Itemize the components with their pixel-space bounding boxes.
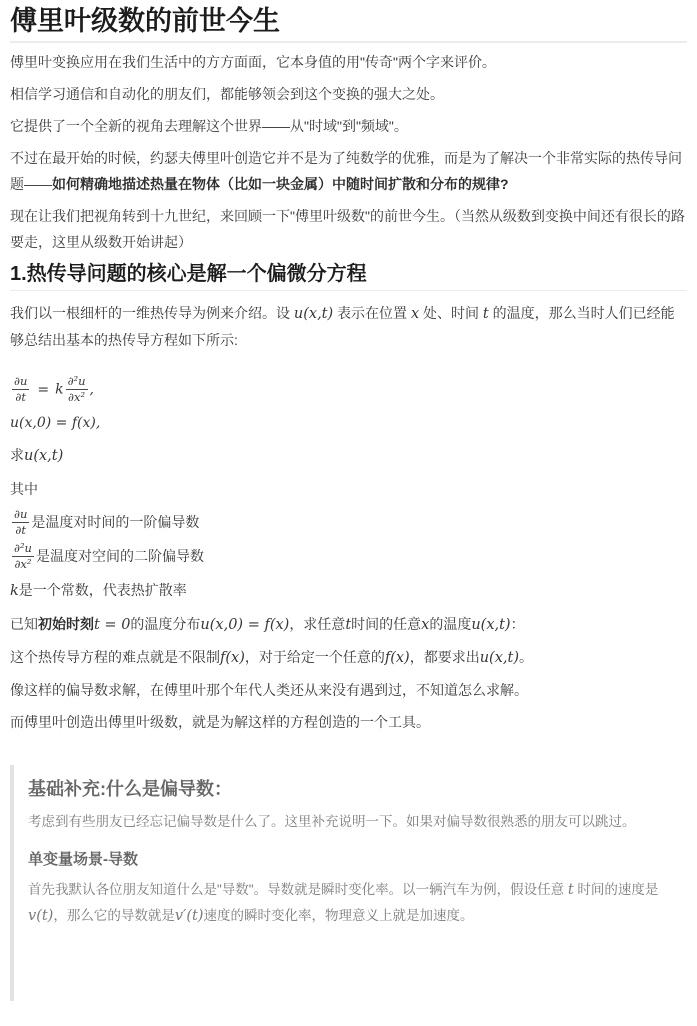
math-v-prime-t: v′(t)	[175, 908, 204, 924]
known-condition-paragraph: 已知初始时刻t = 0的温度分布u(x,0) = f(x)，求任意t时间的任意x…	[10, 611, 687, 638]
heat-equation: ∂u∂t=k∂²u∂x²,	[10, 375, 687, 404]
tool-paragraph: 而傅里叶创造出傅里叶级数，就是为解这样的方程创造的一个工具。	[10, 709, 687, 735]
difficulty-text-1: 这个热传导方程的难点就是不限制	[10, 649, 220, 665]
supplement-text-2: 时间的速度是	[574, 882, 659, 897]
supplement-text-4: 速度的瞬时变化率，物理意义上就是加速度。	[203, 908, 473, 923]
known-text-3: ，求任意	[289, 616, 345, 632]
initial-condition-equation: u(x,0) = f(x),	[10, 410, 687, 437]
where-item-2: ∂²u∂x²是温度对空间的二阶偏导数	[10, 542, 687, 572]
where-item-1: ∂u∂t是温度对时间的一阶偏导数	[10, 508, 687, 538]
fraction-du-dt: ∂u∂t	[12, 508, 29, 537]
equation-punctuation: ,	[90, 382, 94, 398]
solve-prefix: 求	[10, 447, 24, 463]
difficulty-text-3: ，都要求出	[410, 649, 480, 665]
intro-paragraph-4: 不过在最开始的时候，约瑟夫傅里叶创造它并不是为了纯数学的优雅，而是为了解决一个非…	[10, 145, 687, 197]
difficulty-text-2: ，对于给定一个任意的	[245, 649, 385, 665]
where-item-text: 是温度对空间的二阶偏导数	[36, 548, 204, 564]
supplement-heading: 基础补充:什么是偏导数：	[28, 775, 671, 801]
math-u-x-t: u(x,t)	[480, 650, 519, 666]
lead-text-3: 处、时间	[419, 305, 483, 321]
known-text-1: 已知	[10, 616, 38, 632]
math-f-x: f(x)	[220, 650, 245, 666]
intro-paragraph-3: 它提供了一个全新的视角去理解这个世界——从"时域"到"频域"。	[10, 113, 687, 139]
section-heading: 1.热传导问题的核心是解一个偏微分方程	[10, 263, 687, 291]
supplement-blockquote: 基础补充:什么是偏导数： 考虑到有些朋友已经忘记偏导数是什么了。这里补充说明一下…	[10, 765, 687, 1001]
equals-sign: =	[37, 382, 49, 398]
supplement-text-3: ，那么它的导数就是	[53, 908, 175, 923]
fraction-d2u-dx2: ∂²u∂x²	[66, 375, 88, 404]
fraction-d2u-dx2: ∂²u∂x²	[12, 542, 34, 571]
bold-question-text: 如何精确地描述热量在物体（比如一块金属）中随时间扩散和分布的规律?	[52, 176, 509, 192]
solve-for-equation: 求u(x,t)	[10, 442, 687, 470]
fraction-denominator: ∂x²	[12, 556, 34, 571]
math-x: x	[411, 306, 419, 322]
math-k: k	[10, 583, 19, 599]
known-text-2: 的温度分布	[130, 616, 200, 632]
intro-paragraph-5: 现在让我们把视角转到十九世纪，来回顾一下"傅里叶级数"的前世今生。（当然从级数到…	[10, 203, 687, 255]
fraction-du-dt: ∂u∂t	[12, 375, 29, 404]
supplement-text-1: 首先我默认各位朋友知道什么是"导数"。导数就是瞬时变化率。以一辆汽车为例，假设任…	[28, 882, 568, 897]
fraction-denominator: ∂t	[12, 522, 29, 537]
coefficient-k: k	[55, 382, 63, 398]
supplement-paragraph-2: 首先我默认各位朋友知道什么是"导数"。导数就是瞬时变化率。以一辆汽车为例，假设任…	[28, 877, 671, 929]
known-text-5: 的温度	[429, 616, 471, 632]
section-lead-paragraph: 我们以一根细杆的一维热传导为例来介绍。设 u(x,t) 表示在位置 x 处、时间…	[10, 300, 687, 353]
fraction-denominator: ∂t	[12, 389, 29, 404]
difficulty-paragraph: 这个热传导方程的难点就是不限制f(x)，对于给定一个任意的f(x)，都要求出u(…	[10, 644, 687, 671]
fraction-numerator: ∂u	[12, 508, 29, 522]
page-title: 傅里叶级数的前世今生	[10, 4, 687, 43]
fraction-numerator: ∂²u	[66, 375, 88, 389]
bold-initial-time: 初始时刻	[38, 616, 94, 632]
history-paragraph: 像这样的偏导数求解，在傅里叶那个年代人类还从来没有遇到过，不知道怎么求解。	[10, 677, 687, 703]
where-item-3: k是一个常数，代表热扩散率	[10, 576, 687, 605]
fraction-numerator: ∂²u	[12, 542, 34, 556]
intro-paragraph-1: 傅里叶变换应用在我们生活中的方方面面，它本身值的用"传奇"两个字来评价。	[10, 49, 687, 75]
supplement-paragraph-1: 考虑到有些朋友已经忘记偏导数是什么了。这里补充说明一下。如果对偏导数很熟悉的朋友…	[28, 809, 671, 834]
fraction-denominator: ∂x²	[66, 389, 88, 404]
known-text-6: ：	[511, 616, 525, 632]
where-item-text: 是一个常数，代表热扩散率	[19, 582, 187, 598]
math-f-x: f(x)	[385, 650, 410, 666]
difficulty-text-4: 。	[519, 649, 533, 665]
math-u-x-t: u(x,t)	[24, 448, 63, 464]
math-u-x-t: u(x,t)	[471, 617, 510, 633]
article-page: 傅里叶级数的前世今生 傅里叶变换应用在我们生活中的方方面面，它本身值的用"传奇"…	[0, 0, 697, 1026]
math-v-t: v(t)	[28, 908, 53, 924]
math-u-x-t: u(x,t)	[294, 306, 333, 322]
math-t-equals-0: t = 0	[94, 617, 130, 633]
lead-text-1: 我们以一根细杆的一维热传导为例来介绍。设	[10, 305, 294, 321]
lead-text-2: 表示在位置	[333, 305, 411, 321]
math-initial-distribution: u(x,0) = f(x)	[200, 617, 289, 633]
fraction-numerator: ∂u	[12, 375, 29, 389]
where-label: 其中	[10, 476, 687, 502]
where-item-text: 是温度对时间的一阶偏导数	[31, 514, 199, 530]
supplement-subheading: 单变量场景-导数	[28, 848, 671, 869]
known-text-4: 时间的任意	[351, 616, 421, 632]
intro-paragraph-2: 相信学习通信和自动化的朋友们，都能够领会到这个变换的强大之处。	[10, 81, 687, 107]
